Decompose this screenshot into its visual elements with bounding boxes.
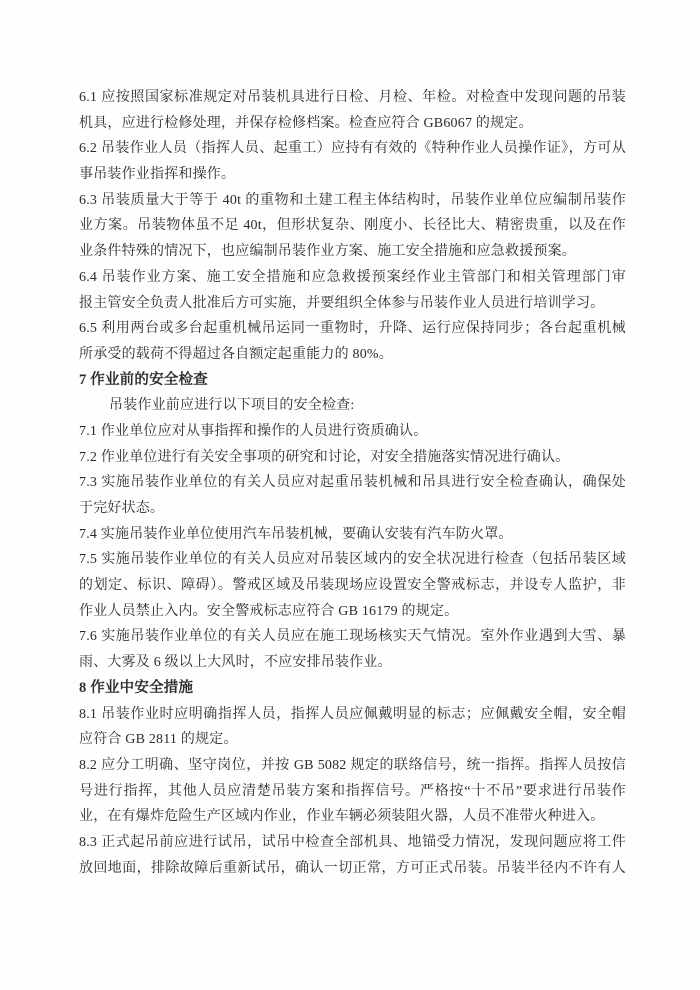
paragraph-6-2-line-2: 事吊装作业指挥和操作。 (79, 162, 626, 188)
paragraph-7-6-line-2: 雨、大雾及 6 级以上大风时，不应安排吊装作业。 (79, 650, 626, 676)
paragraph-7-3-line-2: 于完好状态。 (79, 496, 626, 522)
paragraph-7-2-line-1: 7.2 作业单位进行有关安全事项的研究和讨论，对安全措施落实情况进行确认。 (79, 445, 626, 471)
paragraph-6-1-line-2: 机具，应进行检修处理，并保存检修档案。检查应符合 GB6067 的规定。 (79, 111, 626, 137)
paragraph-8-3-line-1: 8.3 正式起吊前应进行试吊，试吊中检查全部机具、地锚受力情况，发现问题应将工件 (79, 830, 626, 856)
paragraph-6-5-line-2: 所承受的载荷不得超过各自额定起重能力的 80%。 (79, 342, 626, 368)
paragraph-6-2-line-1: 6.2 吊装作业人员（指挥人员、起重工）应持有有效的《特种作业人员操作证》，方可… (79, 136, 626, 162)
paragraph-7-6-line-1: 7.6 实施吊装作业单位的有关人员应在施工现场核实天气情况。室外作业遇到大雪、暴 (79, 624, 626, 650)
paragraph-8-3-line-2: 放回地面，排除故障后重新试吊，确认一切正常，方可正式吊装。吊装半径内不许有人 (79, 856, 626, 882)
paragraph-8-1-line-2: 应符合 GB 2811 的规定。 (79, 727, 626, 753)
paragraph-7-4-line-1: 7.4 实施吊装作业单位使用汽车吊装机械，要确认安装有汽车防火罩。 (79, 522, 626, 548)
paragraph-6-5-line-1: 6.5 利用两台或多台起重机械吊运同一重物时，升降、运行应保持同步；各台起重机械 (79, 316, 626, 342)
section-7-intro: 吊装作业前应进行以下项目的安全检查: (79, 393, 626, 419)
paragraph-7-5-line-1: 7.5 实施吊装作业单位的有关人员应对吊装区域内的安全状况进行检查（包括吊装区域 (79, 547, 626, 573)
document-text-block: 6.1 应按照国家标准规定对吊装机具进行日检、月检、年检。对检查中发现问题的吊装… (79, 85, 626, 881)
paragraph-7-1-line-1: 7.1 作业单位应对从事指挥和操作的人员进行资质确认。 (79, 419, 626, 445)
paragraph-6-4-line-2: 报主管安全负责人批准后方可实施，并要组织全体参与吊装作业人员进行培训学习。 (79, 291, 626, 317)
paragraph-6-3-line-2: 业方案。吊装物体虽不足 40t，但形状复杂、刚度小、长径比大、精密贵重，以及在作 (79, 213, 626, 239)
paragraph-6-4-line-1: 6.4 吊装作业方案、施工安全措施和应急救援预案经作业主管部门和相关管理部门审查… (79, 265, 626, 291)
section-7-heading: 7 作业前的安全检查 (79, 368, 626, 394)
document-page: 6.1 应按照国家标准规定对吊装机具进行日检、月检、年检。对检查中发现问题的吊装… (0, 0, 700, 990)
paragraph-8-2-line-2: 号进行指挥，其他人员应清楚吊装方案和指挥信号。严格按“十不吊”要求进行吊装作 (79, 779, 626, 805)
paragraph-6-3-line-3: 业条件特殊的情况下，也应编制吊装作业方案、施工安全措施和应急救援预案。 (79, 239, 626, 265)
paragraph-8-1-line-1: 8.1 吊装作业时应明确指挥人员，指挥人员应佩戴明显的标志；应佩戴安全帽，安全帽 (79, 702, 626, 728)
paragraph-7-5-line-2: 的划定、标识、障碍）。警戒区域及吊装现场应设置安全警戒标志，并设专人监护，非 (79, 573, 626, 599)
paragraph-6-3-line-1: 6.3 吊装质量大于等于 40t 的重物和土建工程主体结构时，吊装作业单位应编制… (79, 188, 626, 214)
section-8-heading: 8 作业中安全措施 (79, 676, 626, 702)
paragraph-6-1-line-1: 6.1 应按照国家标准规定对吊装机具进行日检、月检、年检。对检查中发现问题的吊装 (79, 85, 626, 111)
paragraph-7-3-line-1: 7.3 实施吊装作业单位的有关人员应对起重吊装机械和吊具进行安全检查确认，确保处 (79, 470, 626, 496)
paragraph-8-2-line-1: 8.2 应分工明确、坚守岗位，并按 GB 5082 规定的联络信号，统一指挥。指… (79, 753, 626, 779)
paragraph-8-2-line-3: 业，在有爆炸危险生产区域内作业，作业车辆必须装阻火器，人员不准带火种进入。 (79, 804, 626, 830)
paragraph-7-5-line-3: 作业人员禁止入内。安全警戒标志应符合 GB 16179 的规定。 (79, 599, 626, 625)
